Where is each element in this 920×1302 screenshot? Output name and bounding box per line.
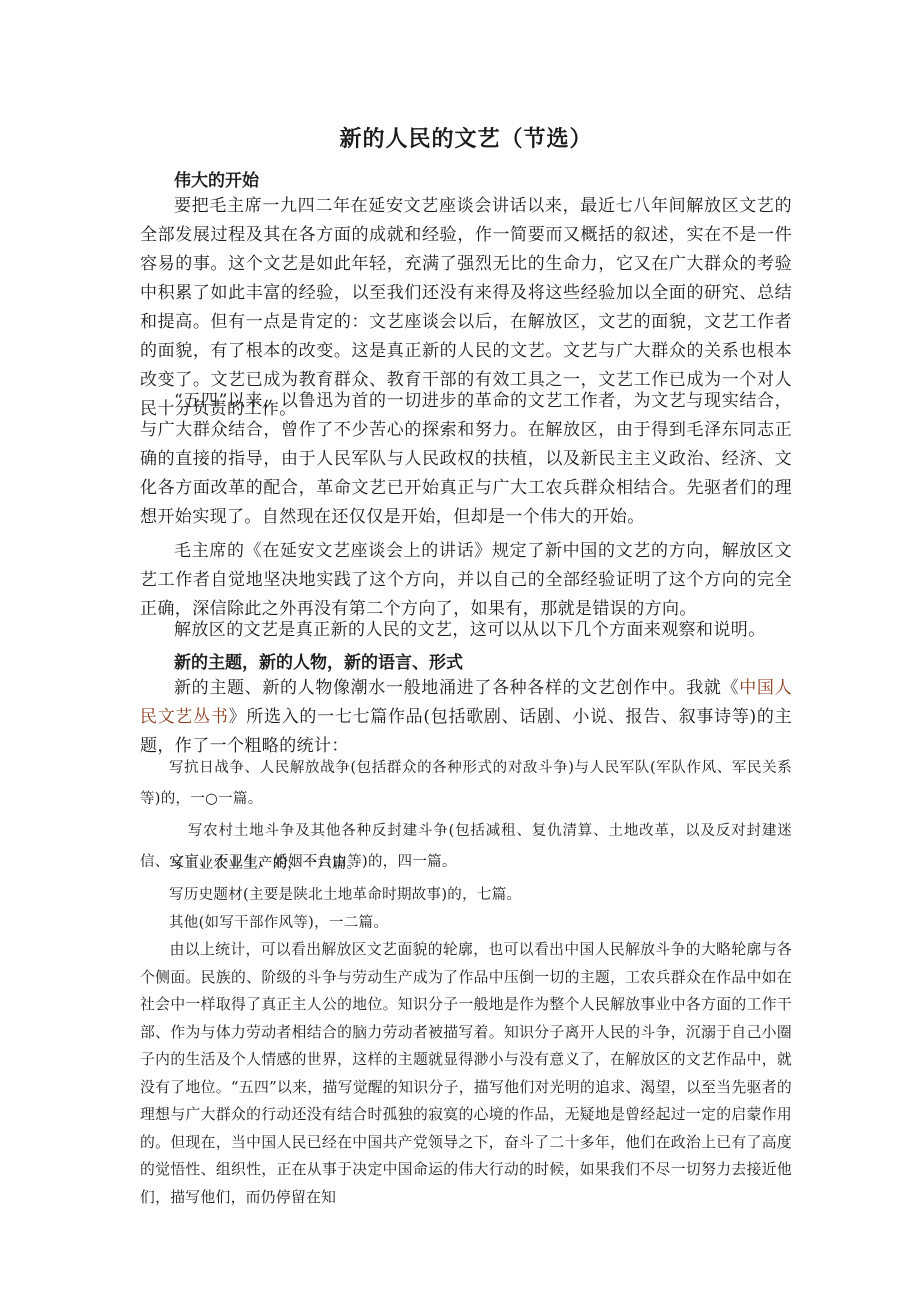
paragraph-conclusion: 由以上统计，可以看出解放区文艺面貌的轮廓，也可以看出中国人民解放斗争的大略轮廓与…: [140, 936, 792, 1211]
stat-item: 写抗日战争、人民解放战争(包括群众的各种形式的对敌斗争)与人民军队(军队作风、军…: [140, 753, 792, 815]
section-heading-new-themes: 新的主题，新的人物，新的语言、形式: [174, 648, 463, 673]
document-title: 新的人民的文艺（节选）: [140, 122, 792, 153]
section-heading-great-beginning: 伟大的开始: [174, 166, 259, 191]
stat-item: 其他(如写干部作风等)，一二篇。: [140, 908, 792, 939]
stat-item: 写历史题材(主要是陕北土地革命时期故事)的，七篇。: [140, 880, 792, 911]
stat-item: 写工业农业生产的，一六篇。: [140, 849, 792, 880]
paragraph: 解放区的文艺是真正新的人民的文艺，这可以从以下几个方面来观察和说明。: [140, 616, 792, 645]
intro-text: 新的主题、新的人物像潮水一般地涌进了各种各样的文艺创作中。我就《: [174, 678, 739, 698]
paragraph: 毛主席的《在延安文艺座谈会上的讲话》规定了新中国的文艺的方向，解放区文艺工作者自…: [140, 537, 792, 624]
paragraph-intro: 新的主题、新的人物像潮水一般地涌进了各种各样的文艺创作中。我就《中国人民文艺丛书…: [140, 674, 792, 761]
intro-text: 》所选入的一七七篇作品(包括歌剧、话剧、小说、报告、叙事诗等)的主题，作了一个粗…: [140, 707, 792, 756]
paragraph: “五四”以来，以鲁迅为首的一切进步的革命的文艺工作者，为文艺与现实结合，与广大群…: [140, 387, 792, 532]
